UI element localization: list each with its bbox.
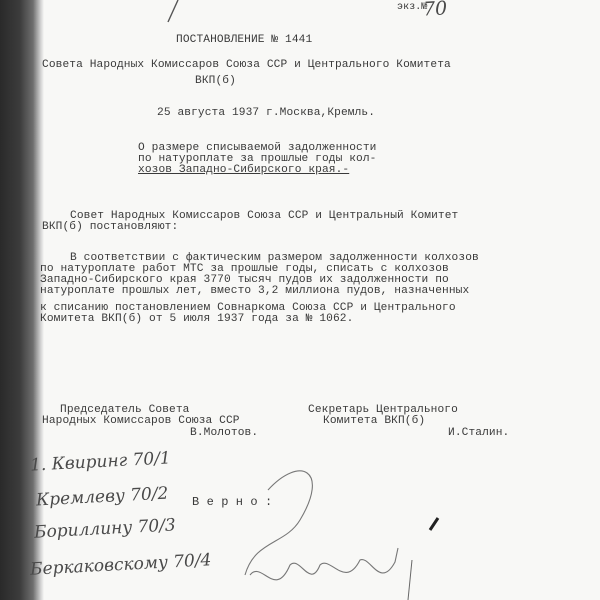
handwriting-strokes: [0, 0, 600, 600]
scanned-document-page: экз.№ 70 ПОСТАНОВЛЕНИЕ № 1441 Совета Нар…: [0, 0, 600, 600]
certified-label: В е р н о :: [192, 497, 272, 508]
signatory-stalin: И.Сталин.: [448, 428, 509, 439]
copy-number-handwritten: 70: [422, 0, 447, 21]
body-line: натуроплате прошлых лет, вместо 3,2 милл…: [40, 286, 469, 297]
document-title: ПОСТАНОВЛЕНИЕ № 1441: [176, 35, 312, 46]
body-line: Комитета ВКП(б) от 5 июля 1937 года за №…: [40, 314, 353, 325]
preamble-line: ВКП(б) постановляют:: [42, 222, 178, 233]
signature-right-line: Комитета ВКП(б): [323, 416, 425, 427]
signatory-molotov: В.Молотов.: [190, 428, 258, 439]
subject-line: хозов Западно-Сибирского края.-: [138, 165, 349, 176]
date-place: 25 августа 1937 г.Москва,Кремль.: [157, 108, 375, 119]
issuer-line-2: ВКП(б): [195, 76, 236, 87]
issuer-line-1: Совета Народных Комиссаров Союза ССР и Ц…: [42, 60, 451, 71]
signature-left-line: Народных Комиссаров Союза ССР: [42, 416, 240, 427]
